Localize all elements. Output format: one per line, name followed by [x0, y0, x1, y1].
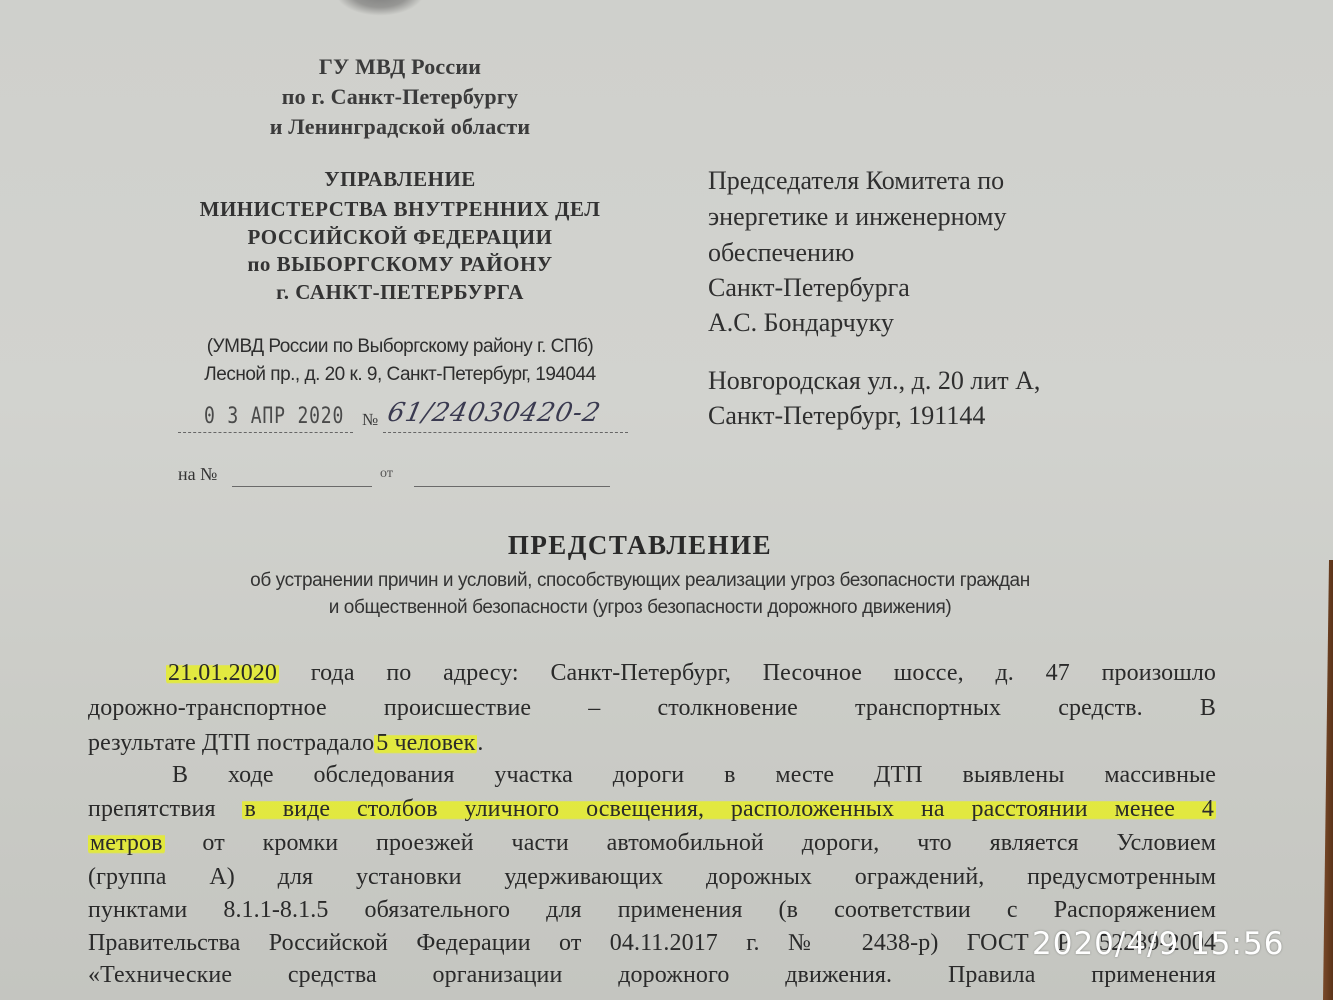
- body-line: препятствия в виде столбов уличного осве…: [88, 796, 1216, 823]
- reply-from-label: от: [380, 466, 393, 482]
- document-subtitle: и общественной безопасности (угроз безоп…: [120, 597, 1160, 619]
- body-line: В ходе обследования участка дороги в мес…: [88, 762, 1216, 789]
- highlighted-date: 21.01.2020: [166, 660, 279, 686]
- body-text: .: [477, 730, 483, 756]
- desk-edge: [1323, 560, 1333, 1000]
- document-title: ПРЕДСТАВЛЕНИЕ: [140, 530, 1140, 561]
- recipient-line: обеспечению: [708, 238, 854, 268]
- highlighted-meters: метров: [88, 830, 165, 856]
- highlighted-casualties: 5 человек: [374, 730, 477, 756]
- date-stamp: 0 3 АПР 2020: [204, 404, 344, 429]
- recipient-name: А.С. Бондарчуку: [708, 308, 894, 338]
- recipient-line: Председателя Комитета по: [708, 166, 1004, 196]
- body-line: 21.01.2020 года по адресу: Санкт-Петербу…: [88, 660, 1216, 687]
- highlighted-obstacles: в виде столбов уличного освещения, распо…: [242, 796, 1216, 822]
- issuer-short-name: (УМВД России по Выборгскому району г. СП…: [140, 336, 660, 358]
- body-text: от кромки проезжей части автомобильной д…: [165, 830, 1216, 856]
- handwritten-number: 61/24030420-2: [385, 398, 604, 428]
- coat-of-arms-emblem: [335, 0, 425, 16]
- department-line: г. САНКТ-ПЕТЕРБУРГА: [140, 280, 660, 305]
- date-underline: [178, 432, 353, 434]
- department-line: по ВЫБОРГСКОМУ РАЙОНУ: [140, 252, 660, 277]
- issuer-line: и Ленинградской области: [150, 114, 650, 140]
- issuer-line: ГУ МВД России: [150, 54, 650, 80]
- recipient-address: Санкт-Петербург, 191144: [708, 401, 985, 431]
- recipient-line: Санкт-Петербурга: [708, 273, 910, 303]
- registration-row: 0 3 АПР 2020 № 61/24030420-2: [178, 404, 638, 436]
- body-line: метров от кромки проезжей части автомоби…: [88, 830, 1216, 857]
- recipient-line: энергетике и инженерному: [708, 202, 1007, 232]
- reply-number-label: на №: [178, 464, 217, 485]
- issuer-address: Лесной пр., д. 20 к. 9, Санкт-Петербург,…: [140, 364, 660, 386]
- issuer-line: по г. Санкт-Петербургу: [150, 84, 650, 110]
- body-text: препятствия: [88, 796, 242, 822]
- reply-reference-row: на № от: [178, 462, 618, 492]
- number-label: №: [362, 410, 378, 430]
- body-line: дорожно-транспортное происшествие – стол…: [88, 695, 1216, 722]
- body-line: (группа А) для установки удерживающих до…: [88, 864, 1216, 891]
- document-subtitle: об устранении причин и условий, способст…: [120, 570, 1160, 592]
- recipient-address: Новгородская ул., д. 20 лит А,: [708, 366, 1040, 396]
- department-line: РОССИЙСКОЙ ФЕДЕРАЦИИ: [140, 225, 660, 250]
- body-text: результате ДТП пострадало: [88, 730, 374, 756]
- department-line: МИНИСТЕРСТВА ВНУТРЕННИХ ДЕЛ: [140, 197, 660, 222]
- photo-timestamp: 2020/4/9 15:56: [1032, 926, 1284, 962]
- body-line: «Технические средства организации дорожн…: [88, 962, 1216, 989]
- reply-number-blank: [232, 486, 372, 487]
- number-underline: [383, 432, 628, 434]
- body-line: пунктами 8.1.1-8.1.5 обязательного для п…: [88, 897, 1216, 924]
- department-line: УПРАВЛЕНИЕ: [140, 167, 660, 192]
- body-line: результате ДТП пострадало5 человек.: [88, 730, 1216, 757]
- document-photo: ГУ МВД России по г. Санкт-Петербургу и Л…: [0, 0, 1333, 1000]
- body-text: года по адресу: Санкт-Петербург, Песочно…: [279, 660, 1216, 686]
- reply-date-blank: [414, 486, 610, 487]
